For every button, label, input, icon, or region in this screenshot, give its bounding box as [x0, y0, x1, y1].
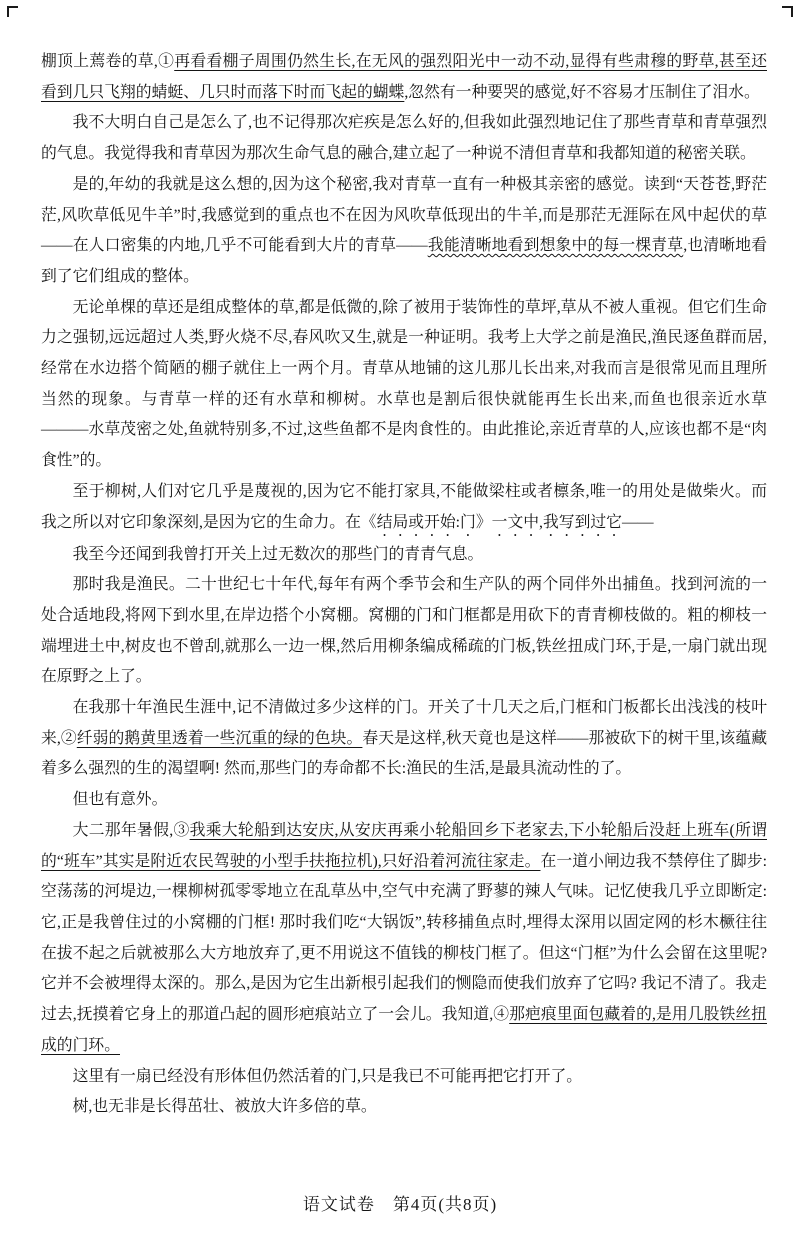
crop-mark-top-left-icon [7, 6, 18, 17]
exam-page: 棚顶上蔫卷的草,①再看看棚子周围仍然生长,在无风的强烈阳光中一动不动,显得有些肃… [0, 0, 800, 1251]
paragraph: 大二那年暑假,③我乘大轮船到达安庆,从安庆再乘小轮船回乡下老家去,下小轮船后没赶… [41, 816, 767, 1062]
paragraph: 棚顶上蔫卷的草,①再看看棚子周围仍然生长,在无风的强烈阳光中一动不动,显得有些肃… [41, 47, 767, 108]
text-run: 那时我是渔民。二十世纪七十年代,每年有两个季节会和生产队的两个同伴外出捕鱼。找到… [41, 576, 767, 685]
text-run: 在一道小闸边我不禁停住了脚步:空荡荡的河堤边,一棵柳树孤零零地立在乱草丛中,空气… [41, 853, 767, 1024]
text-run-u: 纤弱的鹅黄里透着一些沉重的绿的色块。 [77, 730, 363, 747]
paragraph: 我至今还闻到我曾打开关上过无数次的那些门的青青气息。 [41, 540, 767, 571]
text-run-wavy: 我能清晰地看到想象中的每一棵青草 [428, 237, 684, 254]
text-run: 我不大明白自己是怎么了,也不记得那次疟疾是怎么好的,但我如此强烈地记住了那些青草… [41, 114, 767, 162]
text-run: 但也有意外。 [73, 791, 168, 808]
text-run: 这里有一扇已经没有形体但仍然活着的门,只是我已不可能再把它打开了。 [73, 1068, 582, 1085]
text-run: 我至今还闻到我曾打开关上过无数次的那些门的青青气息。 [73, 546, 484, 563]
text-run: ④ [493, 1006, 509, 1023]
text-run: ③ [173, 822, 189, 839]
text-run: —— [622, 514, 654, 531]
text-run: ② [61, 730, 77, 747]
document-body: 棚顶上蔫卷的草,①再看看棚子周围仍然生长,在无风的强烈阳光中一动不动,显得有些肃… [41, 47, 767, 1123]
text-run: ,忽然有一种要哭的感觉,好不容易才压制住了泪水。 [404, 84, 759, 101]
text-run: 棚顶上蔫卷的草, [41, 53, 158, 70]
page-footer: 语文试卷 第4页(共8页) [0, 1190, 800, 1215]
paragraph: 那时我是渔民。二十世纪七十年代,每年有两个季节会和生产队的两个同伴外出捕鱼。找到… [41, 570, 767, 693]
text-run: 无论单棵的草还是组成整体的草,都是低微的,除了被用于装饰性的草坪,草从不被人重视… [41, 299, 767, 470]
footer-text: 语文试卷 第4页(共8页) [303, 1195, 497, 1214]
paragraph: 无论单棵的草还是组成整体的草,都是低微的,除了被用于装饰性的草坪,草从不被人重视… [41, 293, 767, 477]
crop-mark-top-right-icon [782, 6, 793, 17]
paragraph: 这里有一扇已经没有形体但仍然活着的门,只是我已不可能再把它打开了。 [41, 1062, 767, 1093]
paragraph: 至于柳树,人们对它几乎是蔑视的,因为它不能打家具,不能做梁柱或者檩条,唯一的用处… [41, 477, 767, 540]
paragraph: 树,也无非是长得茁壮、被放大许多倍的草。 [41, 1092, 767, 1123]
paragraph: 我不大明白自己是怎么了,也不记得那次疟疾是怎么好的,但我如此强烈地记住了那些青草… [41, 108, 767, 169]
text-run: 大二那年暑假, [73, 822, 174, 839]
text-run: 树,也无非是长得茁壮、被放大许多倍的草。 [73, 1098, 377, 1115]
text-run: ① [158, 53, 174, 70]
paragraph: 但也有意外。 [41, 785, 767, 816]
text-run-dots: 《结局或开始:门》一文中,我写到过它 [361, 514, 622, 531]
paragraph: 是的,年幼的我就是这么想的,因为这个秘密,我对青草一直有一种极其亲密的感觉。读到… [41, 170, 767, 293]
paragraph: 在我那十年渔民生涯中,记不清做过多少这样的门。开关了十几天之后,门框和门板都长出… [41, 693, 767, 785]
